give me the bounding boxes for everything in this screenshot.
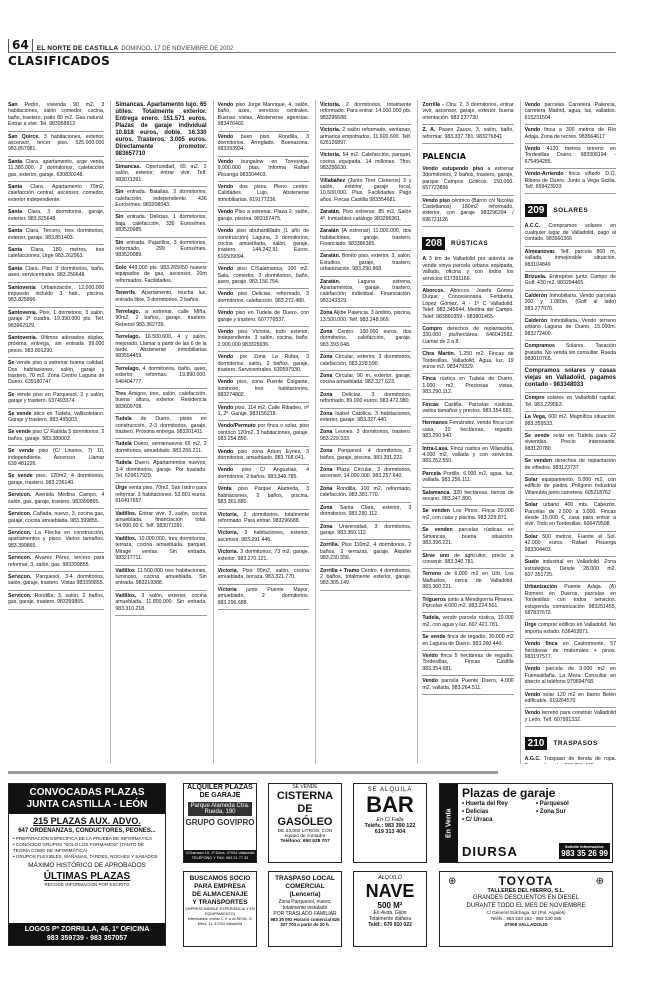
classified-ad: Zona Delicias, 3 dormitorios, reformado,…	[320, 390, 411, 409]
classified-ad: Vendo 4120 metros terreno en Tordesillas…	[525, 144, 616, 169]
classified-ad: Aborcos. Aborcos. Josefa Gómez Duque, Co…	[422, 286, 513, 324]
classified-ad: Victoria, 3 habitaciones, exterior, asce…	[218, 528, 309, 547]
section-title: CLASIFICADOS	[8, 54, 616, 68]
classified-ad: Vendo/Permuto por finca o solar, piso cé…	[218, 421, 309, 446]
classified-ad: Se venden Los Pinos. Finca 20.000 m2, co…	[422, 506, 513, 525]
classified-ad: Tudela Duero, semienuevos 65 m2, 2 dormi…	[115, 439, 206, 458]
classified-ad: Vendo por Zona La Rubia, 3 dormitorios, …	[218, 352, 309, 377]
classified-ad: Almeanovar. Telf. parcela 800 m, vallada…	[525, 247, 616, 272]
classified-ad: Simancas. Apartamento lujo. 65 útiles. T…	[115, 100, 206, 162]
location-list: • Huerta del Rey • Parquesol • Delicias …	[462, 800, 610, 824]
classified-ad: Parcela Portillo, 6.000 m2, agua, luz, v…	[422, 469, 513, 488]
classified-ad: Vendo bungalow en Torrevieja. 9.000.000 …	[218, 157, 309, 182]
ad-subheading: 215 PLAZAS AUX. ADVO.	[9, 816, 165, 826]
ad-text: RECOGE INFORMACIÓN POR ESCRITO	[9, 882, 165, 887]
classified-ad: Santa Clara, Tercero, tres dormitorios, …	[8, 226, 104, 245]
toyota-logo-icon: ⊕	[448, 876, 456, 887]
classified-ad: Victoria junto Puente Mayor, amueblado, …	[218, 585, 309, 610]
classified-ad: Vendo-Arriendo finca viñedo D.O. Ribera …	[525, 169, 616, 194]
classified-ad: Tenerife. Apartamento, mucha luz, entrad…	[115, 288, 206, 307]
classified-ad: Servicon. Parquesol, 3-4 dormitorios, sa…	[8, 572, 104, 591]
classified-ad: Tudela, vendo parcela rústica, 10.000 m2…	[422, 613, 513, 632]
classified-ad: Santovenia. Últimos adosados dúplex, pró…	[8, 333, 104, 358]
classified-ad: Tudela Duero. Apartamentos nuevos, 3-4 d…	[115, 458, 206, 483]
classified-ad: Se vende piso a estrenar buena calidad. …	[8, 358, 104, 390]
toyota-logo-icon: ⊕	[596, 876, 604, 887]
classified-ad: Zona Universidad, 3 dormitorios, garaje.…	[320, 522, 411, 541]
classified-ad: Salamanca. 320 hectáreas, tierras de sec…	[422, 488, 513, 507]
classified-ad: Vendo piso Victoria, todo exterior, inde…	[218, 327, 309, 352]
classified-ad: Vendo piso, 114 m2, Calle Ribadeo, nº 1,…	[218, 403, 309, 422]
classified-ad: San Quirce. 3 habitaciones, exterior, as…	[8, 132, 104, 157]
classified-ad: Santovenia. Piso, 1 dormitorio, 3 salón,…	[8, 308, 104, 333]
classified-ad: Vendo finca en Castromonte, 57 hectáreas…	[525, 639, 616, 664]
classified-ad: Sin entrada. Batallas, 3 dormitorios, ca…	[115, 187, 206, 212]
classified-ad: Vendo finca a 300 metros de Río Adaja. Z…	[525, 125, 616, 144]
classified-ad: Servicon. La Flecha en construcción, apa…	[8, 528, 104, 553]
classified-ad: Se vende ático en Tudela, Vallisoletano.…	[8, 409, 104, 428]
classified-ad: Victoria, 2 dormitorios, totalmente refo…	[218, 510, 309, 529]
classified-ad: Santa Clara. Piso 3 dormitorios, baño, a…	[8, 264, 104, 283]
column-5: Zorrilla - Ctra. 2, 3 dormitorios, entra…	[417, 100, 513, 764]
classified-ad: San Pedro, vivienda 90 m2, 3 habitacione…	[8, 100, 104, 132]
column-2: Simancas. Apartamento lujo. 65 útiles. T…	[110, 100, 206, 764]
classified-ad: A 3 km de Valladolid por autovía se vend…	[422, 254, 513, 286]
ad-traspaso-local: TRASPASO LOCAL COMERCIAL (Lencería) Zona…	[268, 871, 342, 947]
column-3: Vendo piso Jorge Manrique, 4, salón, bañ…	[213, 100, 309, 764]
classified-ad: Vendo dos pisos. Pleno centro. Calidades…	[218, 182, 309, 207]
classified-ad: Santa Clara, apartamento, urge venta, 11…	[8, 157, 104, 182]
classified-ad: Servicon. Cañada, nuevo, 3, cocina gas, …	[8, 509, 104, 528]
classified-ad: Zona Leones. 3 dormitorios, trastero. 98…	[320, 427, 411, 446]
classified-ad: Se vende piso, 120m2, 4 dormitorios, gar…	[8, 471, 104, 490]
govipro-logo: GRUPO GOVIPRO	[184, 818, 256, 827]
column-4: Victoria, 2 dormitorios, totalmente refo…	[315, 100, 411, 764]
ad-side-label: En Venta	[440, 784, 458, 862]
classified-ad: Zona Aljibe Palencia. 3 ámbito, piscina,…	[320, 308, 411, 327]
ad-text: MÁXIMO HISTÓRICO DE APROBADOS	[9, 862, 165, 869]
classified-ad: Suelo industrial en Valladolid. Zona est…	[525, 557, 616, 582]
classified-ad: Sirve uno de agricultor, precio a conven…	[422, 551, 513, 570]
classified-ad: Compramos solares y casas viejas en Vall…	[525, 366, 616, 393]
ad-heading: JUNTA CASTILLA - LEÓN	[9, 799, 165, 811]
classified-ad: Se vende piso C/ Rabida 5 dormitorios, 2…	[8, 427, 104, 446]
classified-ad: Chra Martín. 1.250 m2. Fincas de Tordesi…	[422, 349, 513, 374]
classified-ad: Victoria. 54 m2. Calefacción, parquet, c…	[320, 150, 411, 175]
classified-ad: Vendo parcela Puente Duero, 4.000 m2, va…	[422, 676, 513, 695]
classified-ad: Vendo piso abuhardillado (1 año de const…	[218, 226, 309, 264]
classified-ad: Se vende finca de regadío, 30.000 m2 en …	[422, 632, 513, 651]
ad-phone: Solicite información: 983 35 26 99	[559, 843, 610, 859]
classified-ad: Vendo piso, zona Puente Colgante, lumino…	[218, 377, 309, 402]
classified-ad: Vadillos. Entrar vivir, 3, salón, cocina…	[115, 509, 206, 534]
classified-ad: Intra-Lasa. Finca rústica en Villanubla,…	[422, 444, 513, 469]
ad-text: Parque Alameda Ctra. Rueda, 190	[188, 802, 252, 816]
classified-ad: Terrelago. 16.500.600, 4 y salón, mejora…	[115, 332, 206, 364]
category-header: 210TRASPASOS	[525, 737, 616, 750]
classified-ad: Vadillos 11.500.000 tres habitaciones, l…	[115, 566, 206, 591]
classified-ad: Zona Isabel Católica. 3 habitaciones, ex…	[320, 409, 411, 428]
ad-toyota-talleres: ⊕ ⊕ TOYOTA TALLERES DEL HIERRO, S.L. GRA…	[439, 871, 613, 947]
classified-columns: San Pedro, vivienda 90 m2, 3 habitacione…	[8, 100, 616, 764]
classified-ad: Santa Clara, 3 dormitorios, garaje, exte…	[8, 207, 104, 226]
ad-diursa-garajes: En Venta Plazas de garaje • Huerta del R…	[439, 783, 613, 863]
ad-bullet: • GRUPOS FLEXIBLES, MAÑANAS, TARDES, NOC…	[13, 854, 161, 860]
category-header: 209SOLARES	[525, 204, 616, 217]
classified-ad: Vadillos, 3 salón, exterior, cocina amue…	[115, 591, 206, 616]
classified-ad: Solar urbano 400 mts. Cabezón. Parcelas …	[525, 500, 616, 532]
classified-ad: Zaratán. Laguna estrena. Apartamentos, g…	[320, 277, 411, 309]
ad-cisterna-gasoleo: SE VENDE CISTERNA DE GASÓLEO DE 23.000 L…	[268, 783, 342, 863]
ad-footer: C/Gamazo 19, 1º Dcha. 47004 Valladolid T…	[184, 850, 256, 862]
classified-ad: Simancas. Oportunidad, 65 m2, 2 salón, e…	[115, 162, 206, 187]
classified-ad: Villabáñez (Junto Tiret Cisneros) 3 y sa…	[320, 176, 411, 208]
ad-se-alquila-bar: SE ALQUILA BAR En C/ Falla Teléfs.: 983 …	[353, 783, 427, 863]
category-header: 208RÚSTICAS	[422, 237, 513, 250]
classified-ad: Vendo Piso a estrenar. Plaza 2, salón, g…	[218, 207, 309, 226]
classified-ad: Vendo solar 120 m2 en barrio Belén edifi…	[525, 690, 616, 709]
diursa-logo: DIURSA	[462, 844, 518, 859]
classified-ad: Victoria. 3 dormitorios, 73 m2, garaje, …	[218, 547, 309, 566]
classified-ad: Compro derechos de replantación, 330.000…	[422, 324, 513, 349]
ad-heading: CONVOCADAS PLAZAS	[9, 787, 165, 799]
classified-ad: Tres Amigos, tres, salón, calefacción, b…	[115, 389, 206, 414]
classified-ad: A.G.C. Traspaso de tienda de ropa. Buena…	[525, 754, 616, 764]
classified-ad: Zona Plaza Circular, 3 dormitorios, asce…	[320, 465, 411, 484]
classified-ad: Vendo piso C/Salamanca, 100 m2. Sala, co…	[218, 264, 309, 289]
classified-ad: A.C.C. Compramos solares en cualquier lu…	[525, 221, 616, 246]
classified-ad: Zona Centro. 100.000 euros, dos dormitor…	[320, 327, 411, 352]
classified-ad: Vendo buen piso. Rondilla, 3 dormitorios…	[218, 132, 309, 157]
classified-ad: Calderón Inmobiliaria. Vendo terreno urb…	[525, 316, 616, 341]
paper-name: EL NORTE DE CASTILLA	[37, 45, 119, 52]
classified-ad: Zona Circular, 90 m, exterior, garaje, c…	[320, 371, 411, 390]
classified-ad: Sin entrada. Pajarillos, 3 dormitorios, …	[115, 238, 206, 263]
classified-ad: Fincas Castilla. Parcelas rústicas, vari…	[422, 400, 513, 419]
classified-ad: Zaratán. Piso estrenar, 85 m2, Salón 4º.…	[320, 207, 411, 226]
classified-ad: Urbanización Puente Adaja. (A) Romero en…	[525, 582, 616, 620]
classified-ad: La Vega, 600 m2. Magnífica situación. 98…	[525, 412, 616, 431]
classified-ad: Vendo parcelas Carretera Palencia, carre…	[525, 100, 616, 125]
classified-ad: Zorrilla + Tramo Centro, 4 dormitorios, …	[320, 566, 411, 591]
ad-buscamos-socio: BUSCAMOS SOCIO PARA EMPRESA DE ALMACENAJ…	[183, 871, 257, 947]
classified-ad: Finca rústica en Tudela de Duero, 1.000 …	[422, 374, 513, 399]
classified-ad: Victoria, 2 dormitorios, totalmente refo…	[320, 100, 411, 125]
classified-ad: Vendo piso C/ Angustias, 4 dormitorios, …	[218, 465, 309, 484]
classified-ad: Servicon. Rondilla, 3, salón, 2 baños, g…	[8, 591, 104, 610]
classified-ad: Victoria. 2 salón reformado, ventanas, a…	[320, 125, 411, 150]
classified-ad: Santovenia Urbanización, 12.000.000 impu…	[8, 283, 104, 308]
classified-ad: Compro solares en Valladolid capital. Te…	[525, 393, 616, 412]
classified-ad: Compramos Solares. Tasación gratuita. No…	[525, 341, 616, 366]
issue-date: DOMINGO, 17 DE NOVIEMBRE DE 2002	[121, 46, 233, 52]
classified-ad: Vendo estupendo piso a estrenar 3dormito…	[422, 164, 513, 196]
classified-ad: Se vende piso en Parquesol. 3 y salón, g…	[8, 390, 104, 409]
ad-alquilo-nave: ALQUILO NAVE 500 M² En Avda. Gijón Total…	[353, 871, 427, 947]
classified-ad: Vendo piso céntrico (Barrio c/v Nicolás …	[422, 196, 513, 228]
region-header: PALENCIA	[422, 152, 513, 161]
classified-ad: Terreno de 6.000 m2 en Urb. Los Mañuelos…	[422, 569, 513, 594]
classified-ad: Tudela de Duero, pisos en construcción, …	[115, 414, 206, 439]
ad-text: 647 ORDENANZAS, CONDUCTORES, PEONES...	[9, 828, 165, 834]
ad-footer: LOGOS Pº ZORRILLA, 46, 1º OFICINA 983 35…	[9, 923, 165, 945]
classified-ad: Solar 500 metros. Fuente el Sol. 42.000 …	[525, 532, 616, 557]
classified-ad: Servicon. Alvarez Pérez, tercero para re…	[8, 553, 104, 572]
classified-ad: Santa Clara, 180 metros, tres calefaccio…	[8, 245, 104, 264]
classified-ad: Brizuela. Entreprise junto Campo de Golf…	[525, 272, 616, 291]
classified-ad: Santa Clara. Apartamento 70m2, calefacci…	[8, 182, 104, 207]
classified-ad: Zona Santa Clara, exterior, 3 dormitorio…	[320, 503, 411, 522]
classified-ad: Vendo parcela de 9.000 m2 en Fuensaldaña…	[525, 664, 616, 689]
classified-ad: Zona Circular, exterior, 3 dormitorios, …	[320, 352, 411, 371]
newspaper-page: 64 EL NORTE DE CASTILLA DOMINGO, 17 DE N…	[8, 38, 616, 944]
ad-heading: ALQUILER PLAZAS DE GARAJE	[184, 784, 256, 800]
classified-ad: Zaratán (A estrenar) 11.000.000, dos hab…	[320, 226, 411, 251]
classified-ad: Urge venta piso, 70m2, San Isidro para r…	[115, 483, 206, 508]
classified-ad: Urge comprar edificio en Valladolid. No …	[525, 620, 616, 639]
ad-jcyl-oposiciones: CONVOCADAS PLAZAS JUNTA CASTILLA - LEÓN …	[8, 783, 166, 946]
classified-ad: Calderón Inmobiliaria. Vendo parcelas 30…	[525, 291, 616, 316]
classified-ad: Zorrilla. Piso 110m2, 4 dormitorios, 2 b…	[320, 540, 411, 565]
classified-ad: Servicon. Avenida Medina Campo, 4 salón,…	[8, 490, 104, 509]
classified-ad: Zona Parquesol. 4 dormitorios, 2 baños, …	[320, 446, 411, 465]
classified-ad: Solo 449.000 pts. 983.265050 nuevos equi…	[115, 263, 206, 288]
classified-ad: Se vende piso (C/ Linares, 7) 10, indepe…	[8, 446, 104, 471]
classified-ad: Hermanos Fernández, vendo finca con casa…	[422, 418, 513, 443]
classified-ad: Se venden derechos de replantación de vi…	[525, 456, 616, 475]
page-number: 64	[8, 39, 33, 52]
classified-ad: Zona Rondilla, 100 m2, reformado, calefa…	[320, 484, 411, 503]
classified-ad: Vendo piso en Tudela de Duero, con garaj…	[218, 308, 309, 327]
section-divider	[8, 771, 498, 774]
classified-ad: Trigueros junto a Mendigorría Pinares. P…	[422, 595, 513, 614]
ad-alquiler-garaje: ALQUILER PLAZAS DE GARAJE Parque Alameda…	[183, 783, 257, 863]
classified-ad: Se venden parcelas rústicas en Simancas,…	[422, 525, 513, 550]
classified-ad: Venta piso Parque Alameda, 3 habitacione…	[218, 484, 309, 509]
classified-ad: Sin entrada. Delicias, 1 dormitorios, ba…	[115, 212, 206, 237]
classified-ad: Solar equipamiento, 5.000 m2, con edific…	[525, 475, 616, 500]
classified-ad: Victoria. Piso 90m2, salón, cocina amueb…	[218, 566, 309, 585]
classified-ad: Vendo finca 5 hectáreas de regadío, Tord…	[422, 651, 513, 676]
classified-ad: Vadillos, 10.000.000, tres dormitorios, …	[115, 534, 206, 566]
ad-bullet: • CONOCIDO GRUPOS "SOLO LOS FORMAMOS" (T…	[13, 842, 161, 854]
column-1: San Pedro, vivienda 90 m2, 3 habitacione…	[8, 100, 104, 764]
classified-ad: Zaratán. Bonito piso, exterior, 3, salón…	[320, 251, 411, 276]
classified-ad: Terrelago, 4 dormitorios, baño, aseo, ex…	[115, 364, 206, 389]
ad-bullet-list: • PREPARACIÓN ESPECÍFICA DE LA PRUEBA DE…	[9, 836, 165, 860]
classified-ad: Vendo piso Delicias, reformado, 3 dormit…	[218, 289, 309, 308]
classified-ad: Zorrilla - Ctra. 2, 3 dormitorios, entra…	[422, 100, 513, 125]
classified-ad: Z. A. Paseo Zauce, 3, salón, baño, refor…	[422, 125, 513, 144]
column-6: Vendo parcelas Carretera Palencia, carre…	[520, 100, 616, 764]
classified-ad: Vendo piso Jorge Manrique, 4, salón, bañ…	[218, 100, 309, 132]
classified-ad: Terrelago, a estrenar, calle Miña, 90m2,…	[115, 307, 206, 332]
classified-ad: Vendo terreno para construir Valladolid …	[525, 708, 616, 727]
ad-text: ÚLTIMAS PLAZAS	[9, 871, 165, 882]
classified-ad: Se vende solar en Tudela para 22 viviend…	[525, 431, 616, 456]
masthead: 64 EL NORTE DE CASTILLA DOMINGO, 17 DE N…	[8, 38, 616, 53]
classified-ad: Vendo piso zona Arturo Eyries, 3 dormito…	[218, 447, 309, 466]
